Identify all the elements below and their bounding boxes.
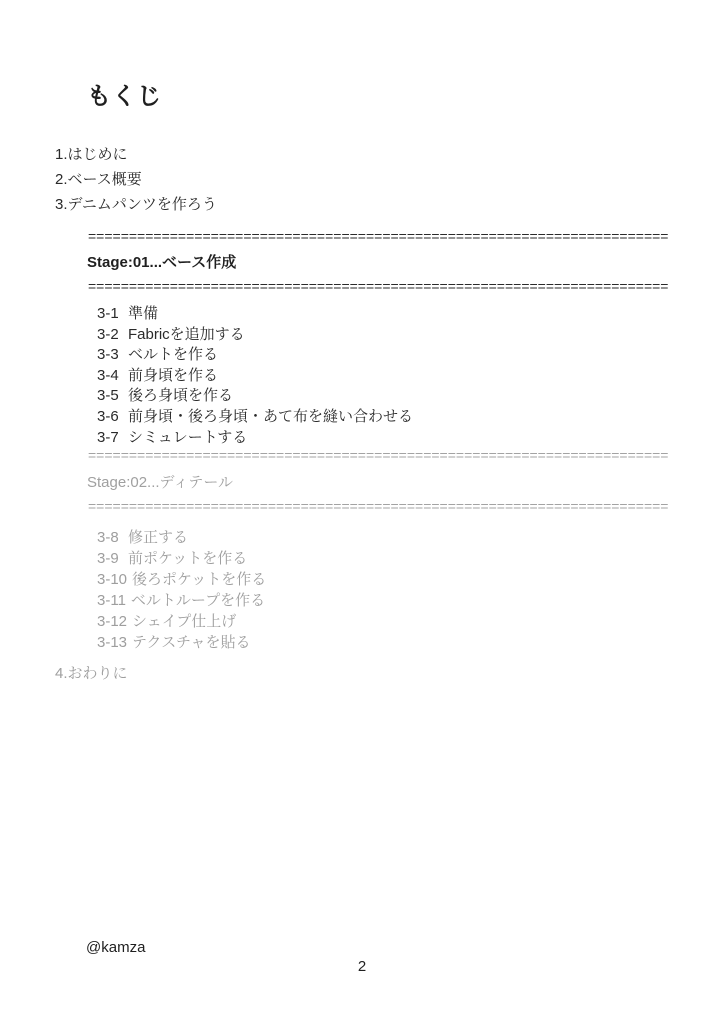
- page-number: 2: [0, 959, 724, 974]
- toc-item-label: 準備: [128, 304, 158, 325]
- toc-item-label: シミュレートする: [128, 428, 247, 449]
- toc-item-label: テクスチャを貼る: [132, 632, 251, 653]
- toc-item: 3-13 テクスチャを貼る: [97, 632, 266, 653]
- document-page: もくじ 1.はじめに 2.ベース概要 3.デニムパンツを作ろう ========…: [0, 0, 724, 1024]
- toc-item: 3-3 ベルトを作る: [97, 345, 413, 366]
- separator-line: ========================================…: [88, 229, 670, 244]
- toc-item: 3-11 ベルトループを作る: [97, 590, 266, 611]
- toc-item: 3-12 シェイプ仕上げ: [97, 611, 266, 632]
- toc-item-label: 修正する: [128, 527, 188, 548]
- toc-sublist-stage2: 3-8 修正する 3-9 前ポケットを作る 3-10 後ろポケットを作る 3-1…: [97, 527, 266, 653]
- toc-item: 3-10 後ろポケットを作る: [97, 569, 266, 590]
- toc-item: 3-6 前身頃・後ろ身頃・あて布を縫い合わせる: [97, 407, 413, 428]
- toc-item-label: ベルトを作る: [128, 345, 218, 366]
- toc-item-label: 後ろポケットを作る: [132, 569, 266, 590]
- toc-item-closing: 4.おわりに: [55, 666, 128, 681]
- toc-item: 3-1 準備: [97, 304, 413, 325]
- toc-item: 3-5 後ろ身頃を作る: [97, 386, 413, 407]
- page-title: もくじ: [87, 84, 162, 110]
- toc-item: 3-8 修正する: [97, 527, 266, 548]
- toc-item-number: 3-2: [97, 325, 123, 346]
- toc-item-label: ベルトループを作る: [131, 590, 265, 611]
- separator-line: ========================================…: [88, 448, 670, 463]
- toc-item-number: 3-3: [97, 345, 123, 366]
- toc-item-number: 3-5: [97, 386, 123, 407]
- toc-sublist-stage1: 3-1 準備 3-2 Fabricを追加する 3-3 ベルトを作る 3-4 前身…: [97, 304, 413, 448]
- toc-item-number: 3-11: [97, 590, 126, 611]
- stage-02-heading: Stage:02...ディテール: [87, 475, 233, 490]
- toc-item: 3-2 Fabricを追加する: [97, 325, 413, 346]
- toc-item-intro: 1.はじめに: [55, 142, 217, 167]
- toc-item-number: 3-13: [97, 632, 127, 653]
- toc-item-label: 前身頃・後ろ身頃・あて布を縫い合わせる: [128, 407, 413, 428]
- stage-01-heading: Stage:01...ベース作成: [87, 255, 236, 270]
- separator-line: ========================================…: [88, 499, 670, 514]
- toc-item: 3-7 シミュレートする: [97, 428, 413, 449]
- toc-item-label: Fabricを追加する: [128, 325, 245, 346]
- toc-item-number: 3-8: [97, 527, 123, 548]
- toc-item-make-denim-pants: 3.デニムパンツを作ろう: [55, 192, 217, 217]
- author-handle: @kamza: [86, 940, 145, 955]
- toc-top-list: 1.はじめに 2.ベース概要 3.デニムパンツを作ろう: [55, 142, 217, 217]
- toc-item: 3-4 前身頃を作る: [97, 366, 413, 387]
- toc-item-label: 後ろ身頃を作る: [128, 386, 233, 407]
- toc-item-number: 3-7: [97, 428, 123, 449]
- toc-item-number: 3-12: [97, 611, 127, 632]
- toc-item-number: 3-4: [97, 366, 123, 387]
- toc-item: 3-9 前ポケットを作る: [97, 548, 266, 569]
- toc-item-number: 3-10: [97, 569, 127, 590]
- toc-item-number: 3-9: [97, 548, 123, 569]
- toc-item-label: 前身頃を作る: [128, 366, 218, 387]
- toc-item-label: シェイプ仕上げ: [132, 611, 236, 632]
- toc-item-label: 前ポケットを作る: [128, 548, 247, 569]
- separator-line: ========================================…: [88, 279, 670, 294]
- toc-item-number: 3-1: [97, 304, 123, 325]
- toc-item-base-overview: 2.ベース概要: [55, 167, 217, 192]
- toc-item-number: 3-6: [97, 407, 123, 428]
